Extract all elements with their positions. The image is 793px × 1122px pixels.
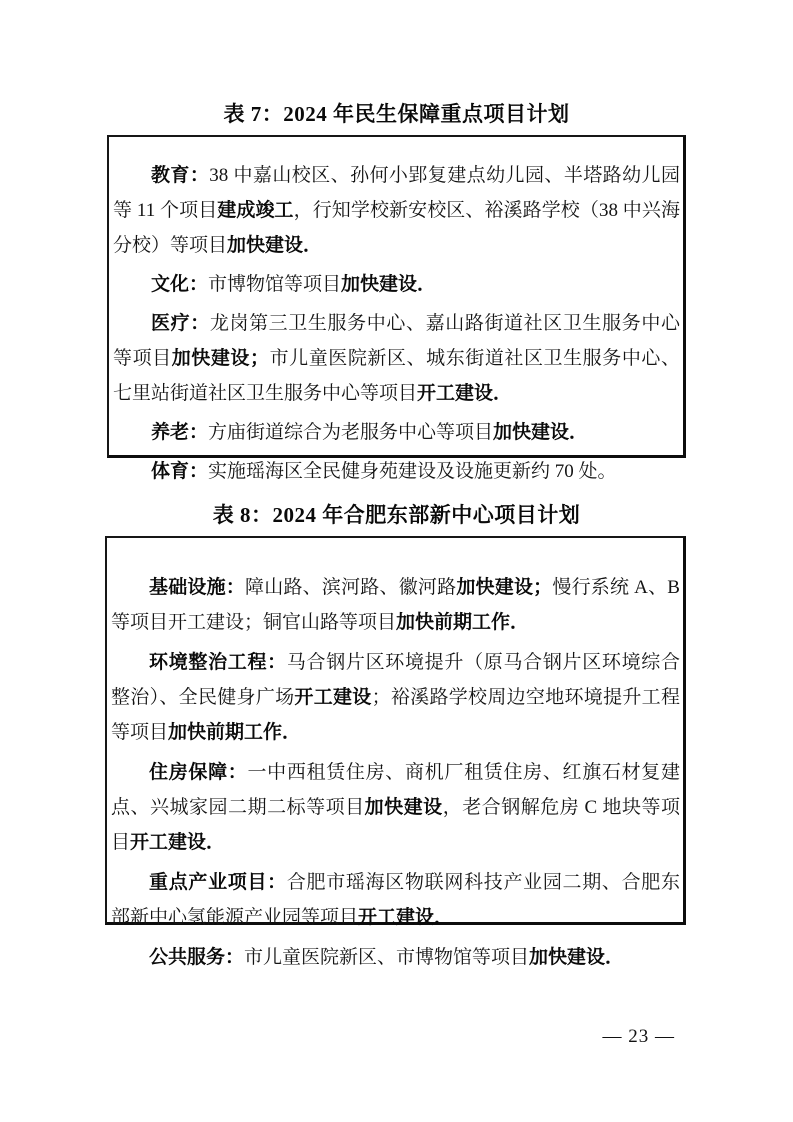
table-paragraph: 医疗：龙岗第三卫生服务中心、嘉山路街道社区卫生服务中心等项目加快建设；市儿童医院… xyxy=(113,306,680,411)
table-paragraph: 文化：市博物馆等项目加快建设． xyxy=(113,267,680,302)
emphasis-text: 加快建设． xyxy=(341,274,436,295)
emphasis-text: 建成竣工 xyxy=(217,200,293,221)
emphasis-text: 医疗： xyxy=(151,313,210,334)
emphasis-text: 加快建设； xyxy=(456,577,552,598)
body-text: 方庙街道综合为老服务中心等项目 xyxy=(208,422,493,443)
emphasis-text: 加快建设； xyxy=(172,348,269,369)
emphasis-text: 重点产业项目： xyxy=(149,872,287,893)
emphasis-text: 加快建设． xyxy=(227,235,322,256)
body-text: 市儿童医院新区、市博物馆等项目 xyxy=(244,947,529,968)
page-number: — 23 — xyxy=(603,1026,676,1048)
emphasis-text: 开工建设． xyxy=(358,907,453,928)
table-8-title: 表 8：2024 年合肥东部新中心项目计划 xyxy=(0,499,793,529)
document-page: 表 7：2024 年民生保障重点项目计划 教育：38 中嘉山校区、孙何小郢复建点… xyxy=(0,0,793,1122)
emphasis-text: 加快建设 xyxy=(365,797,443,818)
table-paragraph: 重点产业项目：合肥市瑶海区物联网科技产业园二期、合肥东部新中心氢能源产业园等项目… xyxy=(111,865,680,935)
emphasis-text: 体育： xyxy=(151,461,208,482)
table-paragraph: 养老：方庙街道综合为老服务中心等项目加快建设． xyxy=(113,415,680,450)
emphasis-text: 加快前期工作． xyxy=(168,722,301,743)
emphasis-text: 加快前期工作． xyxy=(396,612,529,633)
table-7-title: 表 7：2024 年民生保障重点项目计划 xyxy=(0,98,793,128)
body-text: 市博物馆等项目 xyxy=(208,274,341,295)
emphasis-text: 教育： xyxy=(151,165,209,186)
emphasis-text: 公共服务： xyxy=(149,947,244,968)
emphasis-text: 养老： xyxy=(151,422,208,443)
emphasis-text: 开工建设． xyxy=(417,383,512,404)
table-paragraph: 住房保障：一中西租赁住房、商机厂租赁住房、红旗石材复建点、兴城家园二期二标等项目… xyxy=(111,755,680,860)
table-paragraph: 基础设施：障山路、滨河路、徽河路加快建设；慢行系统 A、B 等项目开工建设；铜官… xyxy=(111,570,680,640)
table-7-box: 教育：38 中嘉山校区、孙何小郢复建点幼儿园、半塔路幼儿园等 11 个项目建成竣… xyxy=(107,135,686,458)
table-paragraph: 教育：38 中嘉山校区、孙何小郢复建点幼儿园、半塔路幼儿园等 11 个项目建成竣… xyxy=(113,158,680,263)
table-paragraph: 公共服务：市儿童医院新区、市博物馆等项目加快建设． xyxy=(111,940,680,975)
table-paragraph: 环境整治工程：马合钢片区环境提升（原马合钢片区环境综合整治）、全民健身广场开工建… xyxy=(111,645,680,750)
body-text: 障山路、滨河路、徽河路 xyxy=(245,577,456,598)
emphasis-text: 文化： xyxy=(151,274,208,295)
emphasis-text: 住房保障： xyxy=(149,762,247,783)
emphasis-text: 加快建设． xyxy=(529,947,624,968)
table-paragraph: 体育：实施瑶海区全民健身苑建设及设施更新约 70 处。 xyxy=(113,454,680,489)
emphasis-text: 开工建设 xyxy=(294,687,371,708)
emphasis-text: 开工建设． xyxy=(130,832,225,853)
emphasis-text: 加快建设． xyxy=(493,422,588,443)
table-8-box: 基础设施：障山路、滨河路、徽河路加快建设；慢行系统 A、B 等项目开工建设；铜官… xyxy=(105,536,686,925)
emphasis-text: 环境整治工程： xyxy=(149,652,287,673)
emphasis-text: 基础设施： xyxy=(149,577,245,598)
body-text: 实施瑶海区全民健身苑建设及设施更新约 70 处。 xyxy=(208,461,617,482)
